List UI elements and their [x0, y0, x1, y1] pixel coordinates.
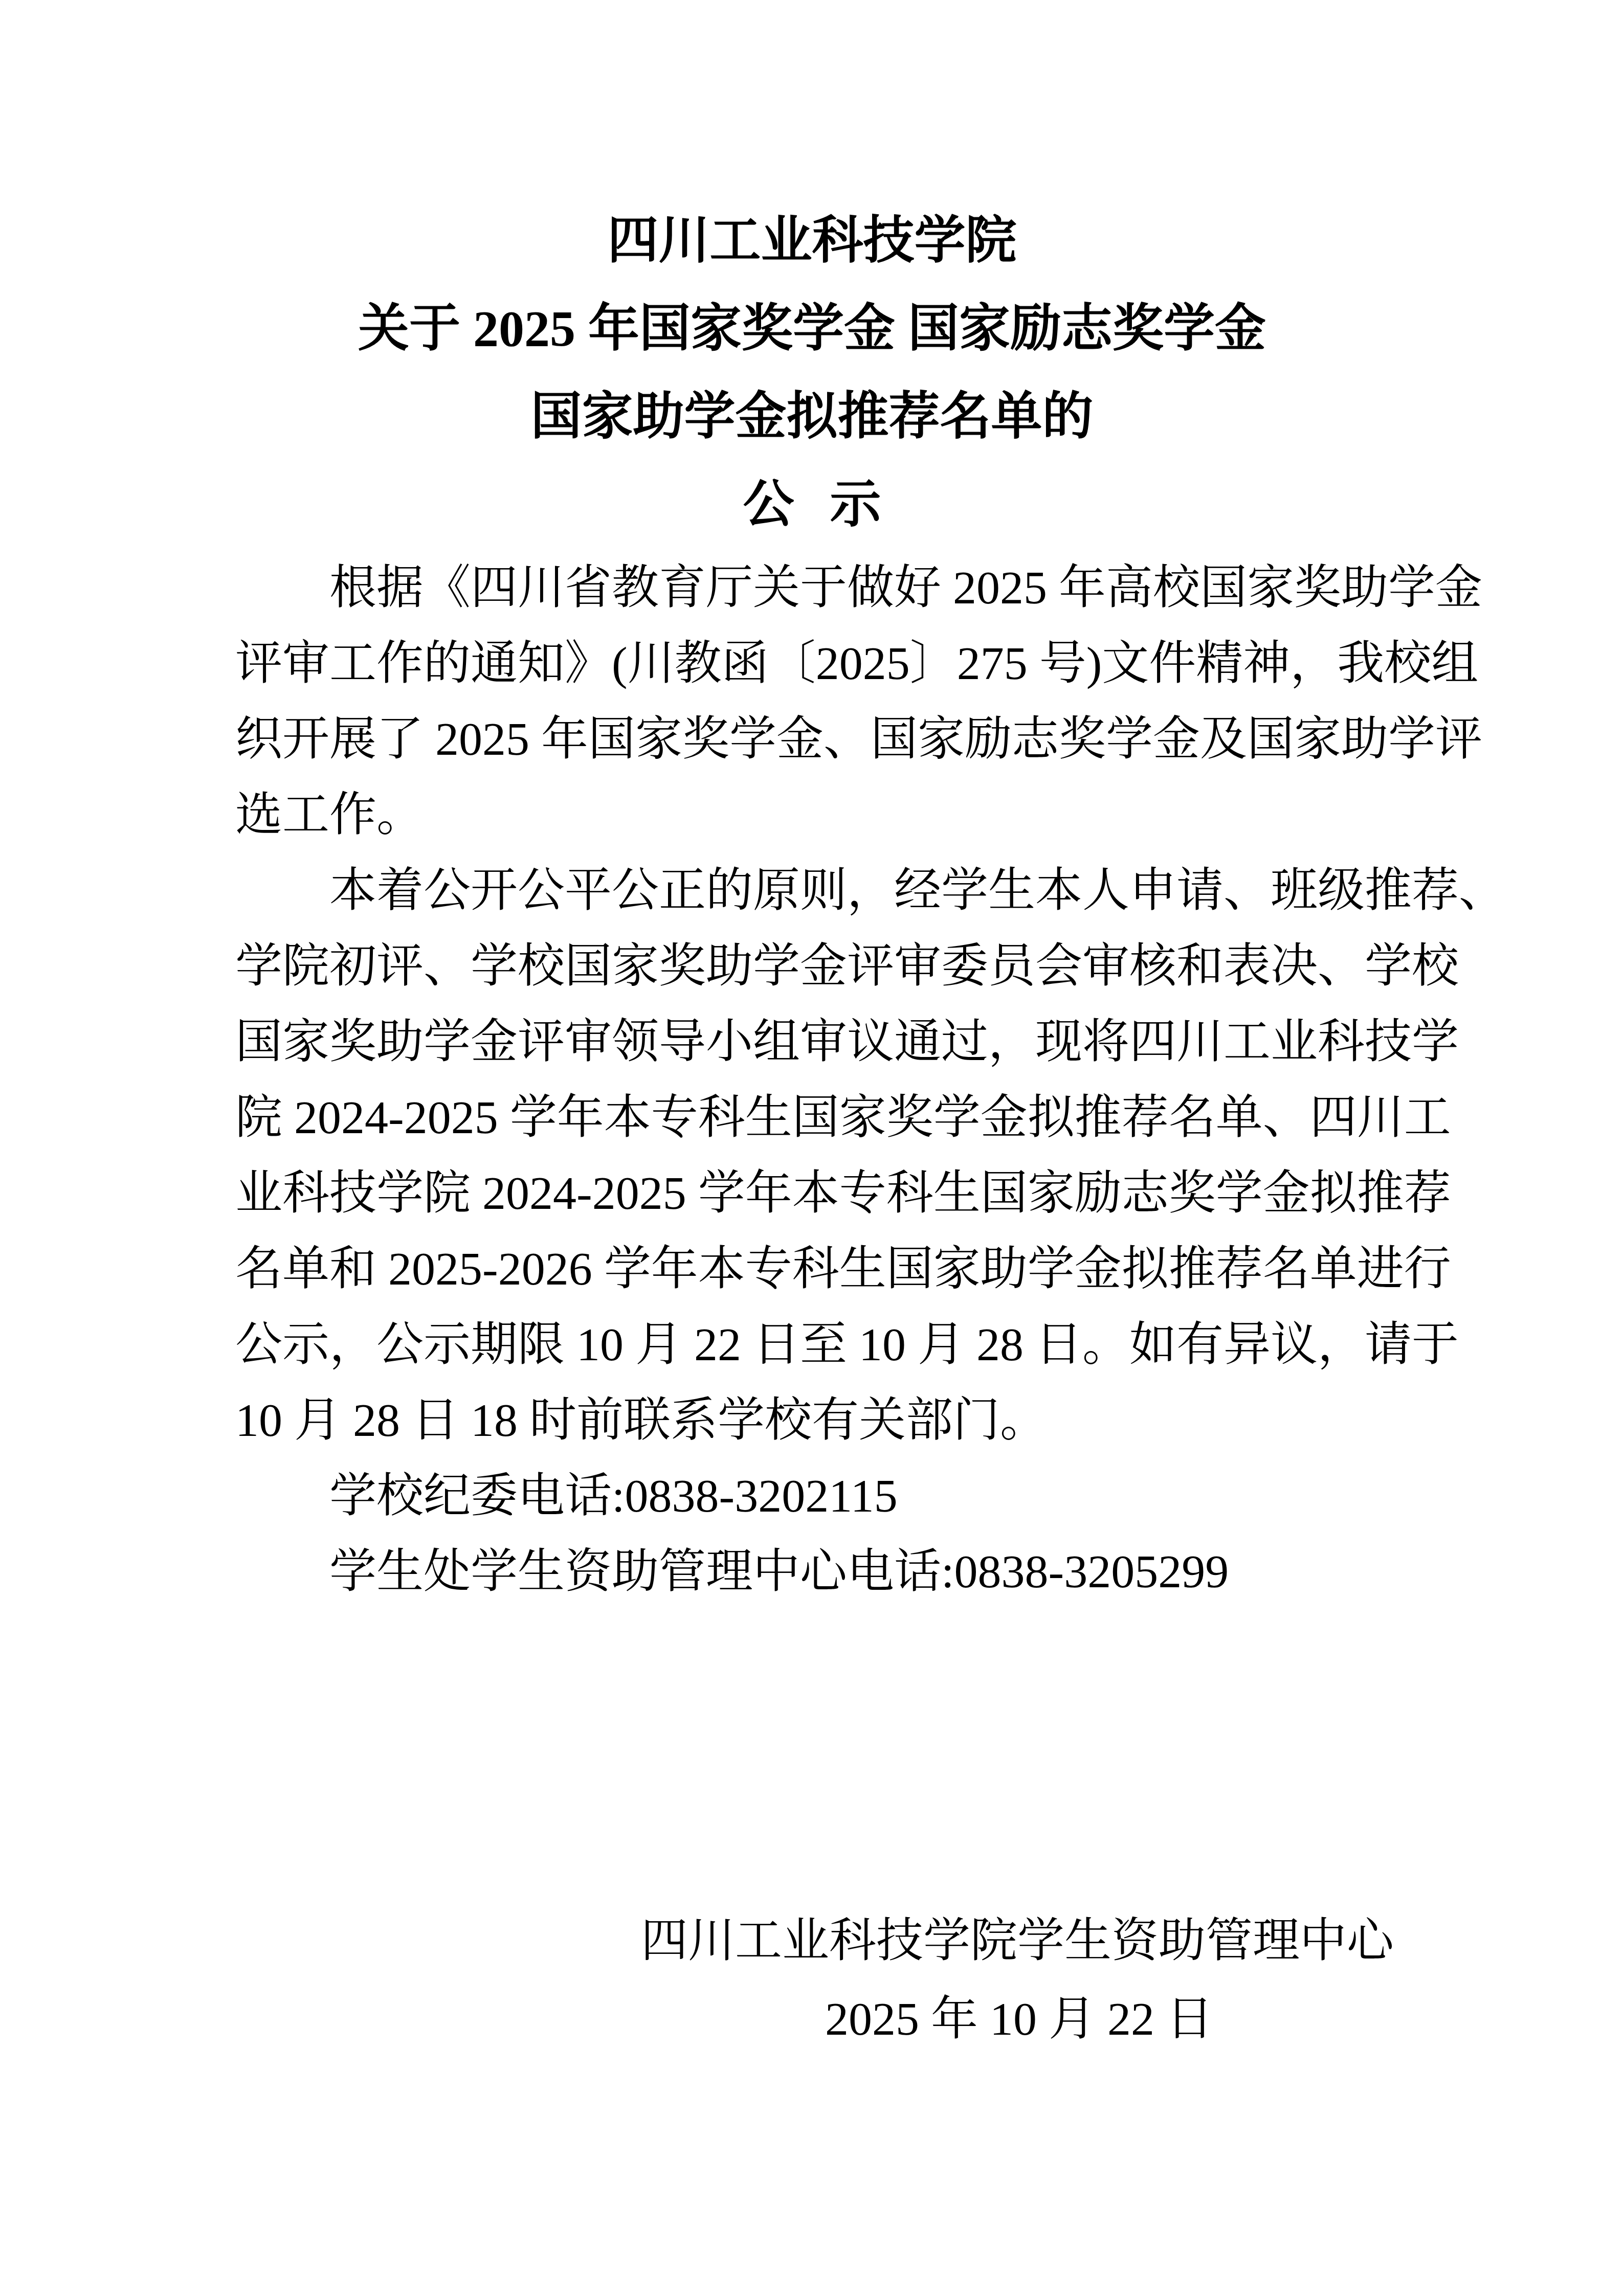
title-school-name: 四川工业科技学院	[0, 197, 1624, 285]
body-text-block: 根据《四川省教育厅关于做好 2025 年高校国家奖助学金 评审工作的通知》(川教…	[235, 550, 1427, 1609]
contact-discipline-phone: 学校纪委电话:0838-3202115	[235, 1458, 1427, 1534]
title-block: 四川工业科技学院 关于 2025 年国家奖学金 国家励志奖学金 国家助学金拟推荐…	[0, 197, 1624, 549]
signature-org: 四川工业科技学院学生资助管理中心	[641, 1910, 1394, 1971]
signature-date: 2025 年 10 月 22 日	[825, 1988, 1213, 2050]
contact-student-aid-phone: 学生处学生资助管理中心电话:0838-3205299	[235, 1534, 1427, 1609]
para2-line-2: 学院初评、学校国家奖助学金评审委员会审核和表决、学校	[235, 928, 1427, 1004]
para2-line-1: 本着公开公平公正的原则，经学生本人申请、班级推荐、	[235, 852, 1427, 928]
para2-line-3: 国家奖助学金评审领导小组审议通过，现将四川工业科技学	[235, 1004, 1427, 1079]
para1-line-4: 选工作。	[235, 777, 1427, 852]
notice-document-page: 四川工业科技学院 关于 2025 年国家奖学金 国家励志奖学金 国家助学金拟推荐…	[0, 0, 1624, 2296]
para1-line-3: 织开展了 2025 年国家奖学金、国家励志奖学金及国家助学评	[235, 701, 1427, 777]
para2-line-6: 名单和 2025-2026 学年本专科生国家助学金拟推荐名单进行	[235, 1231, 1427, 1307]
para1-line-1: 根据《四川省教育厅关于做好 2025 年高校国家奖助学金	[235, 550, 1427, 625]
title-subject-line-2: 国家助学金拟推荐名单的	[0, 373, 1624, 461]
para2-line-4: 院 2024-2025 学年本专科生国家奖学金拟推荐名单、四川工	[235, 1079, 1427, 1155]
para2-line-7: 公示，公示期限 10 月 22 日至 10 月 28 日。如有异议，请于	[235, 1307, 1427, 1382]
title-subject-line-1: 关于 2025 年国家奖学金 国家励志奖学金	[0, 285, 1624, 373]
para2-line-5: 业科技学院 2024-2025 学年本专科生国家励志奖学金拟推荐	[235, 1155, 1427, 1231]
heading-gongshi: 公 示	[0, 461, 1624, 549]
para1-line-2: 评审工作的通知》(川教函〔2025〕275 号)文件精神，我校组	[235, 625, 1427, 701]
para2-line-8: 10 月 28 日 18 时前联系学校有关部门。	[235, 1382, 1427, 1458]
